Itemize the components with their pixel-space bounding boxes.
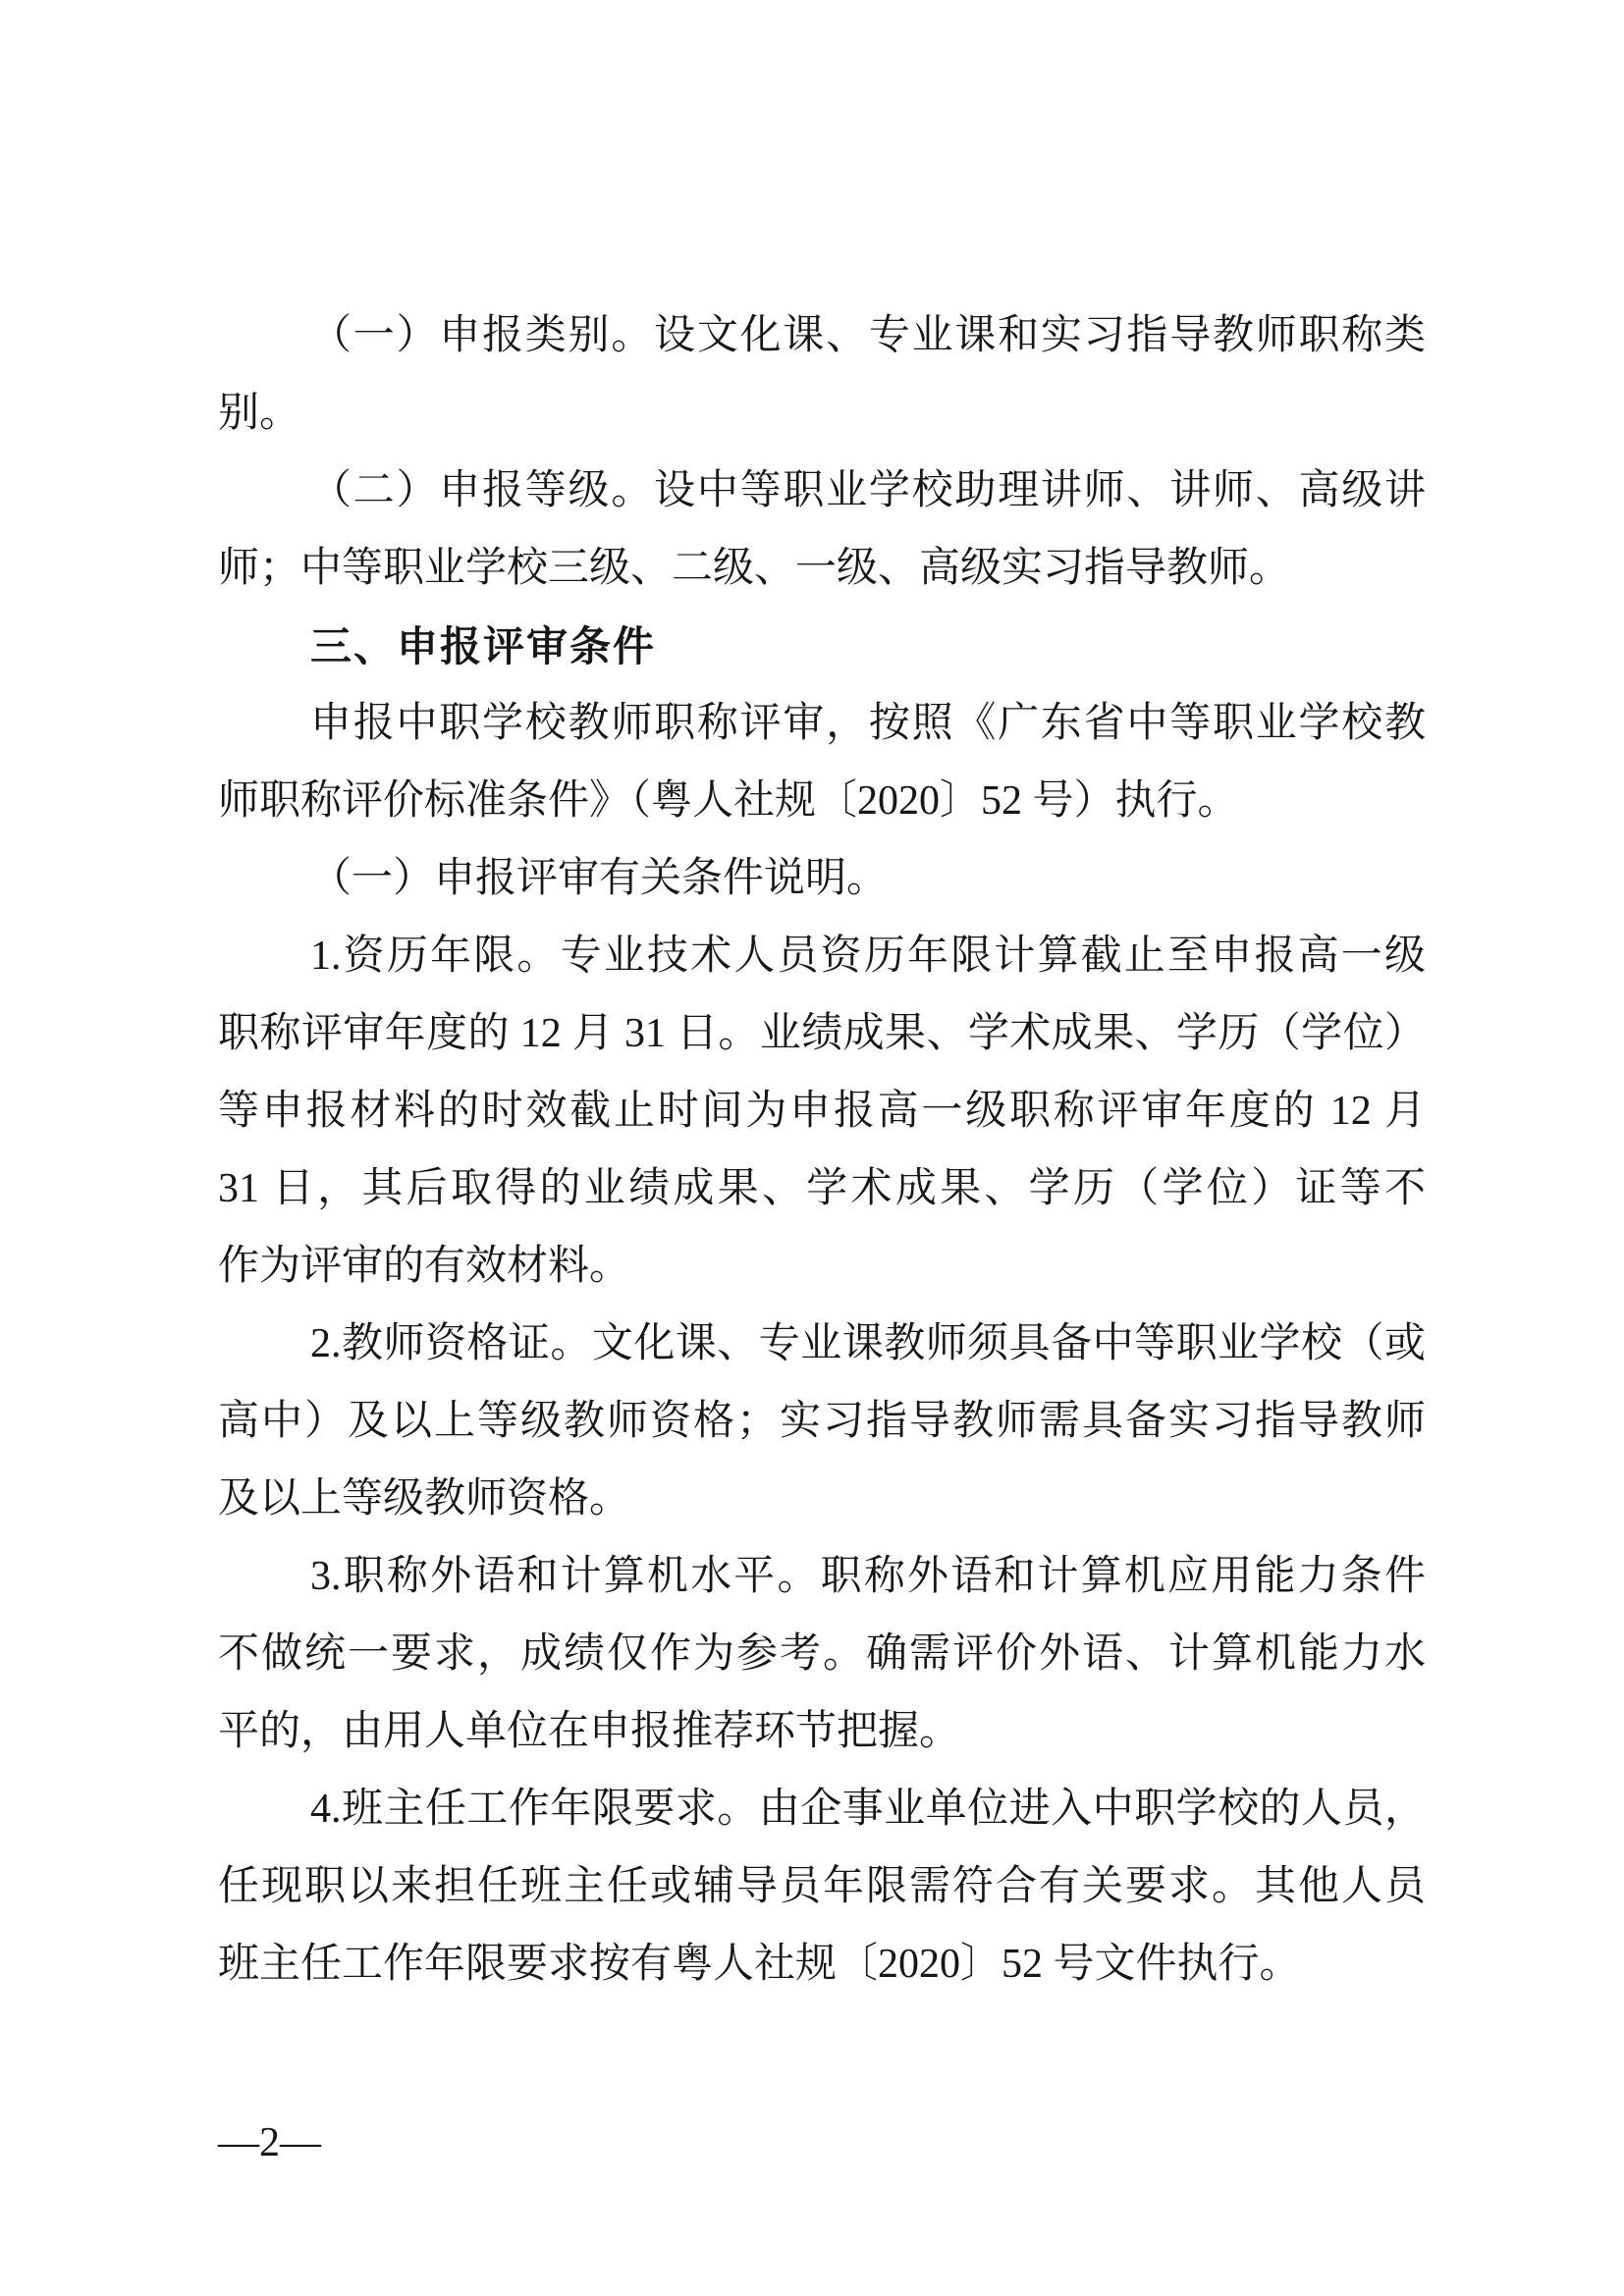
document-line: 高中）及以上等级教师资格；实习指导教师需具备实习指导教师 xyxy=(218,1383,1426,1461)
document-line: 4.班主任工作年限要求。由企事业单位进入中职学校的人员， xyxy=(218,1771,1426,1848)
document-line: 别。 xyxy=(218,375,1426,453)
document-line: 2.教师资格证。文化课、专业课教师须具备中等职业学校（或 xyxy=(218,1306,1426,1383)
page-number: —2— xyxy=(218,2105,321,2182)
document-line: 3.职称外语和计算机水平。职称外语和计算机应用能力条件 xyxy=(218,1538,1426,1616)
document-line: 师职称评价标准条件》（粤人社规〔2020〕52 号）执行。 xyxy=(218,763,1426,840)
document-page: （一）申报类别。设文化课、专业课和实习指导教师职称类别。（二）申报等级。设中等职… xyxy=(0,0,1624,2296)
document-line: 31 日，其后取得的业绩成果、学术成果、学历（学位）证等不 xyxy=(218,1150,1426,1228)
document-line: 等申报材料的时效截止时间为申报高一级职称评审年度的 12 月 xyxy=(218,1073,1426,1150)
document-body: （一）申报类别。设文化课、专业课和实习指导教师职称类别。（二）申报等级。设中等职… xyxy=(218,297,1426,2003)
document-line: 及以上等级教师资格。 xyxy=(218,1461,1426,1538)
document-line: 1.资历年限。专业技术人员资历年限计算截止至申报高一级 xyxy=(218,918,1426,995)
document-line: （一）申报类别。设文化课、专业课和实习指导教师职称类 xyxy=(218,297,1426,375)
document-line: 师；中等职业学校三级、二级、一级、高级实习指导教师。 xyxy=(218,530,1426,608)
document-line: 职称评审年度的 12 月 31 日。业绩成果、学术成果、学历（学位） xyxy=(218,995,1426,1073)
document-line: 平的，由用人单位在申报推荐环节把握。 xyxy=(218,1693,1426,1771)
document-line: （一）申报评审有关条件说明。 xyxy=(218,840,1426,918)
document-line: （二）申报等级。设中等职业学校助理讲师、讲师、高级讲 xyxy=(218,453,1426,530)
document-line: 班主任工作年限要求按有粤人社规〔2020〕52 号文件执行。 xyxy=(218,1926,1426,2003)
document-line: 三、申报评审条件 xyxy=(218,608,1426,685)
document-line: 作为评审的有效材料。 xyxy=(218,1228,1426,1306)
document-line: 不做统一要求，成绩仅作为参考。确需评价外语、计算机能力水 xyxy=(218,1616,1426,1693)
document-line: 任现职以来担任班主任或辅导员年限需符合有关要求。其他人员 xyxy=(218,1848,1426,1926)
document-line: 申报中职学校教师职称评审，按照《广东省中等职业学校教 xyxy=(218,685,1426,763)
